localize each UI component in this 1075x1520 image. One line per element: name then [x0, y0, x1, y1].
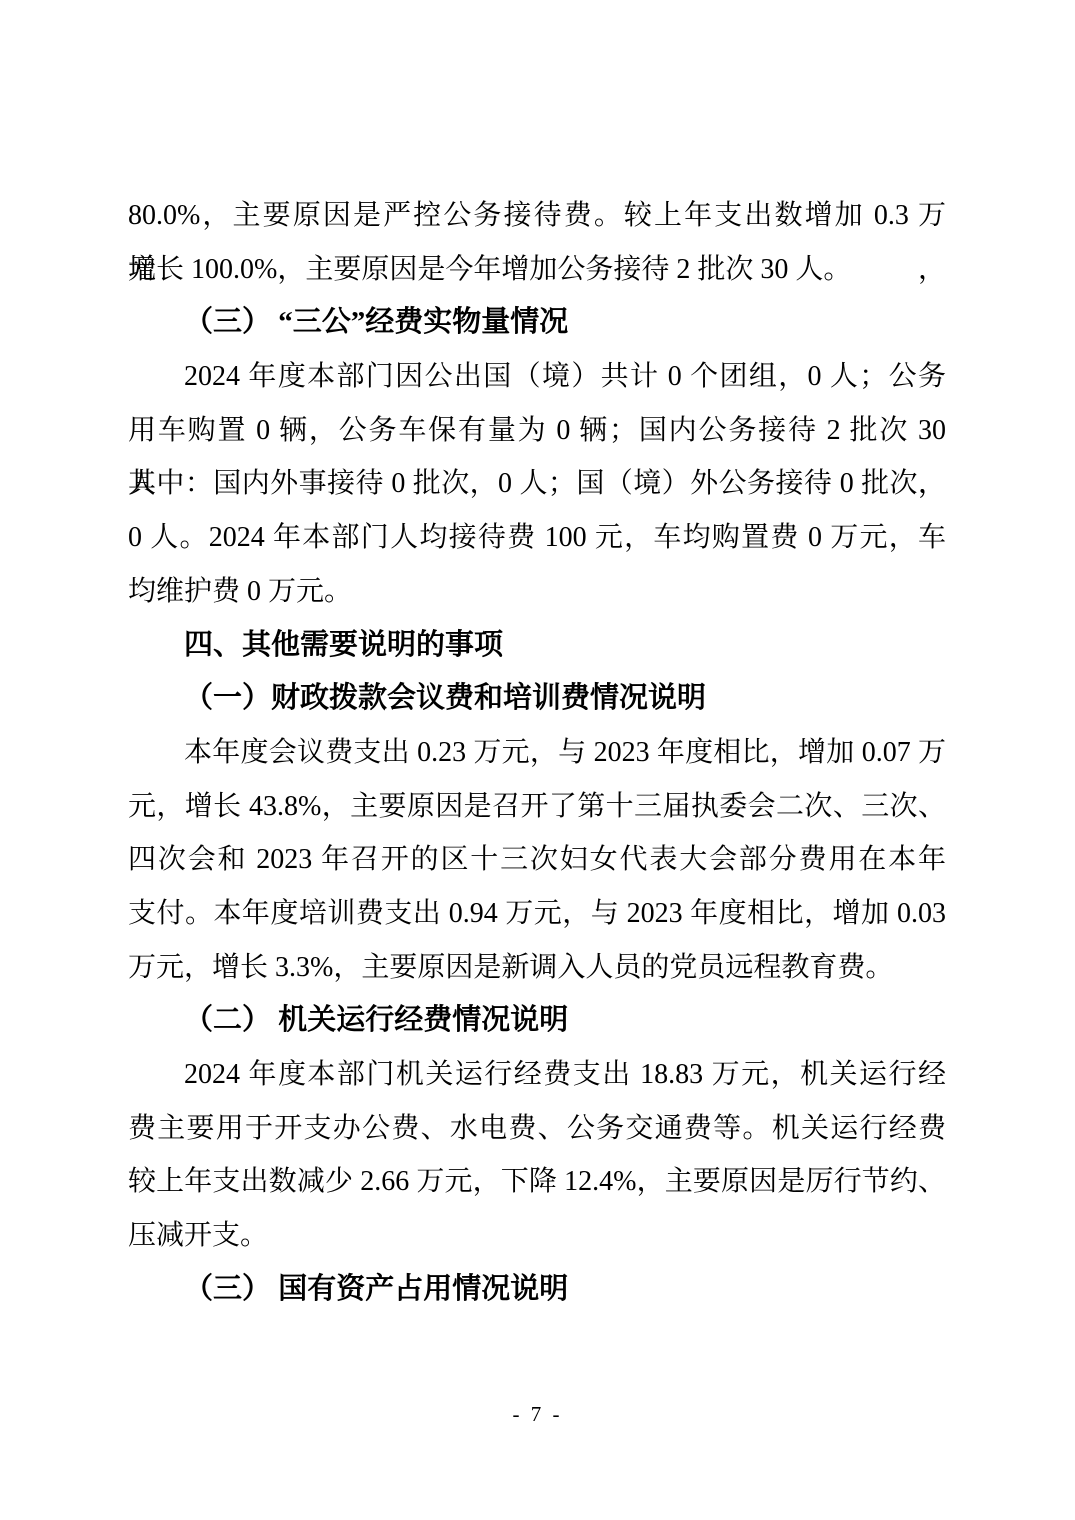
text-line: 2024 年度本部门机关运行经费支出 18.83 万元，机关运行经	[128, 1048, 946, 1102]
text-line: 用车购置 0 辆，公务车保有量为 0 辆；国内公务接待 2 批次 30 人，	[128, 404, 946, 458]
text-line: 费主要用于开支办公费、水电费、公务交通费等。机关运行经费	[128, 1102, 946, 1156]
text-line: 其中：国内外事接待 0 批次，0 人；国（境）外公务接待 0 批次，	[128, 457, 946, 511]
section-heading: （二） 机关运行经费情况说明	[128, 994, 946, 1048]
text-line: 四次会和 2023 年召开的区十三次妇女代表大会部分费用在本年	[128, 833, 946, 887]
section-heading: （三） “三公”经费实物量情况	[128, 296, 946, 350]
section-heading: （三） 国有资产占用情况说明	[128, 1263, 946, 1317]
text-line: 0 人。2024 年本部门人均接待费 100 元，车均购置费 0 万元，车	[128, 511, 946, 565]
text-line: 元，增长 43.8%，主要原因是召开了第十三届执委会二次、三次、	[128, 780, 946, 834]
text-line: 本年度会议费支出 0.23 万元，与 2023 年度相比，增加 0.07 万	[128, 726, 946, 780]
text-line: 2024 年度本部门因公出国（境）共计 0 个团组，0 人；公务	[128, 350, 946, 404]
text-line: 压减开支。	[128, 1209, 946, 1263]
section-heading: （一）财政拨款会议费和培训费情况说明	[128, 672, 946, 726]
page-number: - 7 -	[0, 1402, 1075, 1427]
document-text-block: 80.0%，主要原因是严控公务接待费。较上年支出数增加 0.3 万元， 增长 1…	[128, 189, 946, 1316]
text-line: 较上年支出数减少 2.66 万元，下降 12.4%，主要原因是厉行节约、	[128, 1155, 946, 1209]
text-line: 万元，增长 3.3%，主要原因是新调入人员的党员远程教育费。	[128, 941, 946, 995]
section-heading: 四、其他需要说明的事项	[128, 619, 946, 673]
text-line: 支付。本年度培训费支出 0.94 万元，与 2023 年度相比，增加 0.03	[128, 887, 946, 941]
text-line: 80.0%，主要原因是严控公务接待费。较上年支出数增加 0.3 万元，	[128, 189, 946, 243]
text-line: 均维护费 0 万元。	[128, 565, 946, 619]
document-page: 80.0%，主要原因是严控公务接待费。较上年支出数增加 0.3 万元， 增长 1…	[0, 0, 1075, 1520]
text-line: 增长 100.0%，主要原因是今年增加公务接待 2 批次 30 人。	[128, 243, 946, 297]
